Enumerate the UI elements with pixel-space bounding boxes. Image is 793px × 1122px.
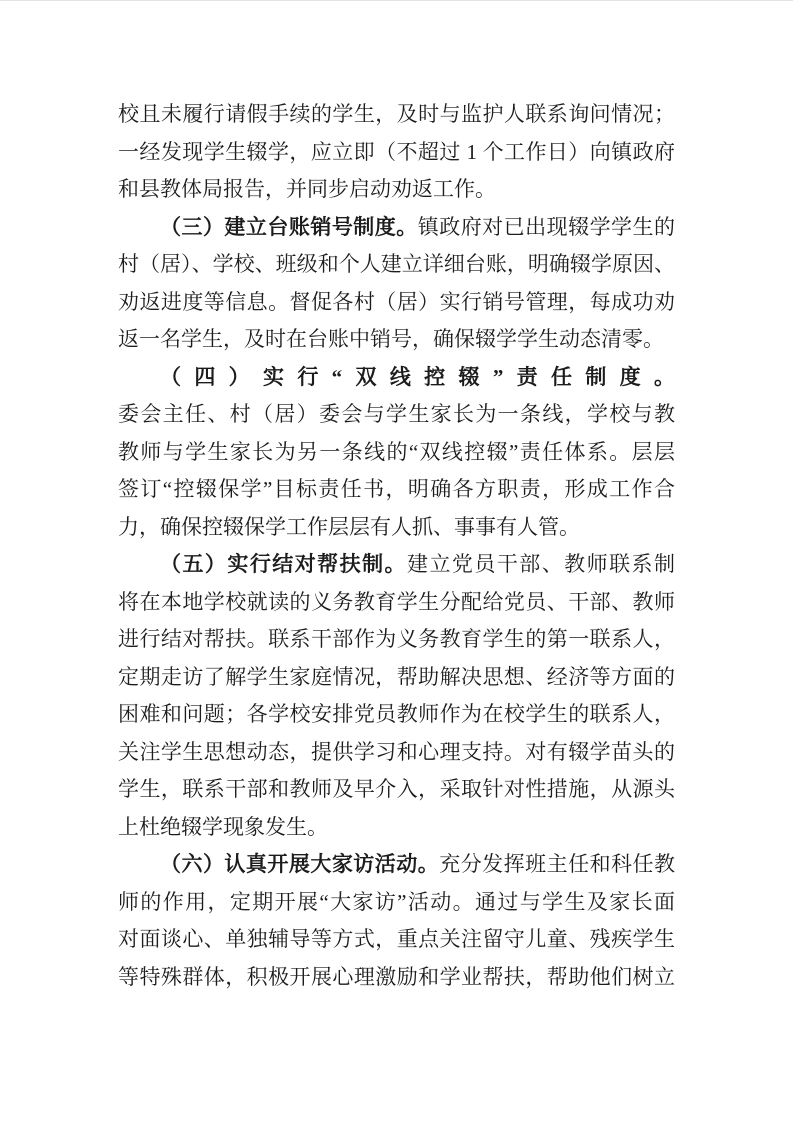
item-6-heading: （六）认真开展大家访活动。 [160, 852, 439, 876]
text-line: 师的作用，定期开展“大家访”活动。通过与学生及家长面 [118, 884, 675, 922]
text-line: （五）实行结对帮扶制。建立党员干部、教师联系制度， [118, 546, 675, 584]
text-line: 返一名学生，及时在台账中销号，确保辍学学生动态清零。 [118, 321, 675, 359]
text-line: 等特殊群体，积极开展心理激励和学业帮扶，帮助他们树立 [118, 959, 675, 997]
line-text: 签订“控辍保学”目标责任书，明确各方职责，形成工作合 [118, 477, 675, 501]
line-text: 定期走访了解学生家庭情况，帮助解决思想、经济等方面的 [118, 665, 675, 689]
document-body: 校且未履行请假手续的学生，及时与监护人联系询问情况； 一经发现学生辍学，应立即（… [118, 96, 675, 996]
text-line: 一经发现学生辍学，应立即（不超过 1 个工作日）向镇政府 [118, 134, 675, 172]
line-text: 充分发挥班主任和科任教 [439, 852, 675, 876]
line-text: 委会主任、村（居）委会与学生家长为一条线，学校与教师、 [118, 402, 675, 434]
line-text: 力，确保控辍保学工作层层有人抓、事事有人管。 [118, 515, 580, 539]
text-line: 进行结对帮扶。联系干部作为义务教育学生的第一联系人， [118, 621, 675, 659]
text-line: 教师与学生家长为另一条线的“双线控辍”责任体系。层层 [118, 434, 675, 472]
text-line: 村（居）、学校、班级和个人建立详细台账，明确辍学原因、 [118, 246, 675, 284]
paragraph-item-4: （四）实行“双线控辍”责任制度。构建镇政府与村（居） 委会主任、村（居）委会与学… [118, 359, 675, 547]
item-5-heading: （五）实行结对帮扶制。 [160, 552, 407, 576]
item-3-heading: （三）建立台账销号制度。 [160, 215, 418, 239]
item-4-heading: （四）实行“双线控辍”责任制度。 [160, 365, 675, 389]
text-line: （四）实行“双线控辍”责任制度。构建镇政府与村（居） [118, 359, 675, 397]
line-text: 上杜绝辍学现象发生。 [118, 815, 328, 839]
paragraph-continuation: 校且未履行请假手续的学生，及时与监护人联系询问情况； 一经发现学生辍学，应立即（… [118, 96, 675, 209]
line-text: 校且未履行请假手续的学生，及时与监护人联系询问情况； [118, 102, 675, 126]
text-line: 对面谈心、单独辅导等方式，重点关注留守儿童、残疾学生 [118, 921, 675, 959]
line-text: 师的作用，定期开展“大家访”活动。通过与学生及家长面 [118, 890, 675, 914]
line-text: 和县教体局报告，并同步启动劝返工作。 [118, 177, 496, 201]
text-line: 关注学生思想动态，提供学习和心理支持。对有辍学苗头的 [118, 734, 675, 772]
text-line: 学生，联系干部和教师及早介入，采取针对性措施，从源头 [118, 771, 675, 809]
text-line: 将在本地学校就读的义务教育学生分配给党员、干部、教师 [118, 584, 675, 622]
line-text: 返一名学生，及时在台账中销号，确保辍学学生动态清零。 [118, 327, 664, 351]
text-line: 委会主任、村（居）委会与学生家长为一条线，学校与教师、 [118, 396, 675, 434]
line-text: 一经发现学生辍学，应立即（不超过 1 个工作日）向镇政府 [118, 140, 675, 164]
text-line: 定期走访了解学生家庭情况，帮助解决思想、经济等方面的 [118, 659, 675, 697]
paragraph-item-5: （五）实行结对帮扶制。建立党员干部、教师联系制度， 将在本地学校就读的义务教育学… [118, 546, 675, 846]
text-line: 困难和问题；各学校安排党员教师作为在校学生的联系人， [118, 696, 675, 734]
line-text: 进行结对帮扶。联系干部作为义务教育学生的第一联系人， [118, 627, 675, 651]
line-text: 等特殊群体，积极开展心理激励和学业帮扶，帮助他们树立 [118, 965, 675, 989]
text-line: 签订“控辍保学”目标责任书，明确各方职责，形成工作合 [118, 471, 675, 509]
line-text: 对面谈心、单独辅导等方式，重点关注留守儿童、残疾学生 [118, 927, 675, 951]
document-page: 校且未履行请假手续的学生，及时与监护人联系询问情况； 一经发现学生辍学，应立即（… [0, 0, 793, 1122]
line-text: 困难和问题；各学校安排党员教师作为在校学生的联系人， [118, 702, 675, 726]
line-text: 镇政府对已出现辍学学生的 [418, 215, 675, 239]
line-text: 关注学生思想动态，提供学习和心理支持。对有辍学苗头的 [118, 740, 675, 764]
line-text: 劝返进度等信息。督促各村（居）实行销号管理，每成功劝 [118, 290, 675, 314]
line-text: 村（居）、学校、班级和个人建立详细台账，明确辍学原因、 [118, 252, 675, 276]
text-line: （六）认真开展大家访活动。充分发挥班主任和科任教 [118, 846, 675, 884]
line-text: 学生，联系干部和教师及早介入，采取针对性措施，从源头 [118, 777, 675, 801]
text-line: 力，确保控辍保学工作层层有人抓、事事有人管。 [118, 509, 675, 547]
text-line: （三）建立台账销号制度。镇政府对已出现辍学学生的 [118, 209, 675, 247]
text-line: 上杜绝辍学现象发生。 [118, 809, 675, 847]
line-text: 教师与学生家长为另一条线的“双线控辍”责任体系。层层 [118, 440, 675, 464]
text-line: 劝返进度等信息。督促各村（居）实行销号管理，每成功劝 [118, 284, 675, 322]
paragraph-item-6: （六）认真开展大家访活动。充分发挥班主任和科任教 师的作用，定期开展“大家访”活… [118, 846, 675, 996]
line-text: 将在本地学校就读的义务教育学生分配给党员、干部、教师 [118, 590, 675, 614]
text-line: 校且未履行请假手续的学生，及时与监护人联系询问情况； [118, 96, 675, 134]
text-line: 和县教体局报告，并同步启动劝返工作。 [118, 171, 675, 209]
paragraph-item-3: （三）建立台账销号制度。镇政府对已出现辍学学生的 村（居）、学校、班级和个人建立… [118, 209, 675, 359]
